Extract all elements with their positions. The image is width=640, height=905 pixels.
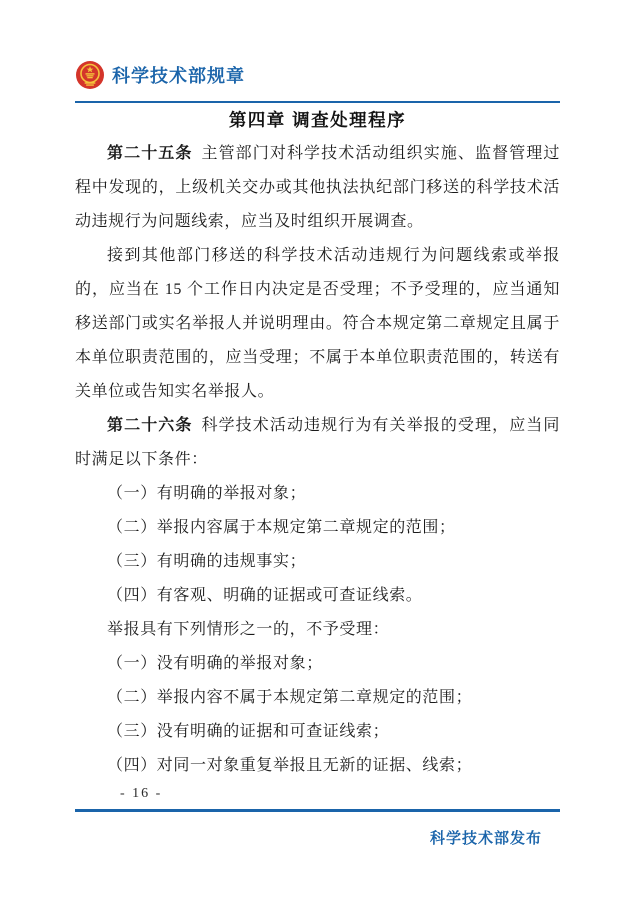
paragraph-text: （三）没有明确的证据和可查证线索； (107, 723, 389, 740)
document-page: 科学技术部规章 第四章 调查处理程序 第二十五条主管部门对科学技术活动组织实施、… (0, 0, 640, 905)
header-title: 科学技术部规章 (112, 62, 245, 88)
publisher-label: 科学技术部发布 (430, 830, 542, 847)
paragraph-text: 接到其他部门移送的科学技术活动违规行为问题线索或举报的，应当在 15 个工作日内… (75, 247, 560, 400)
article-paragraph: （二）举报内容不属于本规定第二章规定的范围； (75, 681, 560, 715)
article-paragraph: （三）没有明确的证据和可查证线索； (75, 715, 560, 749)
header-divider (75, 101, 560, 103)
document-header: 科学技术部规章 (75, 58, 560, 92)
article-paragraph: 接到其他部门移送的科学技术活动违规行为问题线索或举报的，应当在 15 个工作日内… (75, 239, 560, 409)
article-paragraph: （二）举报内容属于本规定第二章规定的范围； (75, 511, 560, 545)
page-number: - 16 - (120, 786, 560, 802)
article-paragraph: （三）有明确的违规事实； (75, 545, 560, 579)
paragraph-text: （一）没有明确的举报对象； (107, 655, 323, 672)
article-paragraph: 举报具有下列情形之一的，不予受理： (75, 613, 560, 647)
article-number: 第二十六条 (107, 417, 192, 434)
document-footer: 科学技术部发布 (75, 827, 560, 848)
paragraph-text: （三）有明确的违规事实； (107, 553, 306, 570)
article-paragraph: （四）对同一对象重复举报且无新的证据、线索； (75, 749, 560, 783)
paragraph-text: 举报具有下列情形之一的，不予受理： (107, 621, 389, 638)
paragraph-text: （四）有客观、明确的证据或可查证线索。 (107, 587, 422, 604)
paragraph-text: （四）对同一对象重复举报且无新的证据、线索； (107, 757, 472, 774)
national-emblem-icon (75, 60, 105, 90)
document-body: 第二十五条主管部门对科学技术活动组织实施、监督管理过程中发现的，上级机关交办或其… (75, 137, 560, 783)
article-paragraph: 第二十五条主管部门对科学技术活动组织实施、监督管理过程中发现的，上级机关交办或其… (75, 137, 560, 239)
article-paragraph: （一）没有明确的举报对象； (75, 647, 560, 681)
article-paragraph: （一）有明确的举报对象； (75, 477, 560, 511)
footer-divider (75, 809, 560, 812)
paragraph-text: （二）举报内容属于本规定第二章规定的范围； (107, 519, 456, 536)
chapter-title: 第四章 调查处理程序 (75, 107, 560, 132)
paragraph-text: （一）有明确的举报对象； (107, 485, 306, 502)
paragraph-text: （二）举报内容不属于本规定第二章规定的范围； (107, 689, 472, 706)
article-paragraph: 第二十六条科学技术活动违规行为有关举报的受理，应当同时满足以下条件： (75, 409, 560, 477)
article-paragraph: （四）有客观、明确的证据或可查证线索。 (75, 579, 560, 613)
article-number: 第二十五条 (107, 145, 192, 162)
